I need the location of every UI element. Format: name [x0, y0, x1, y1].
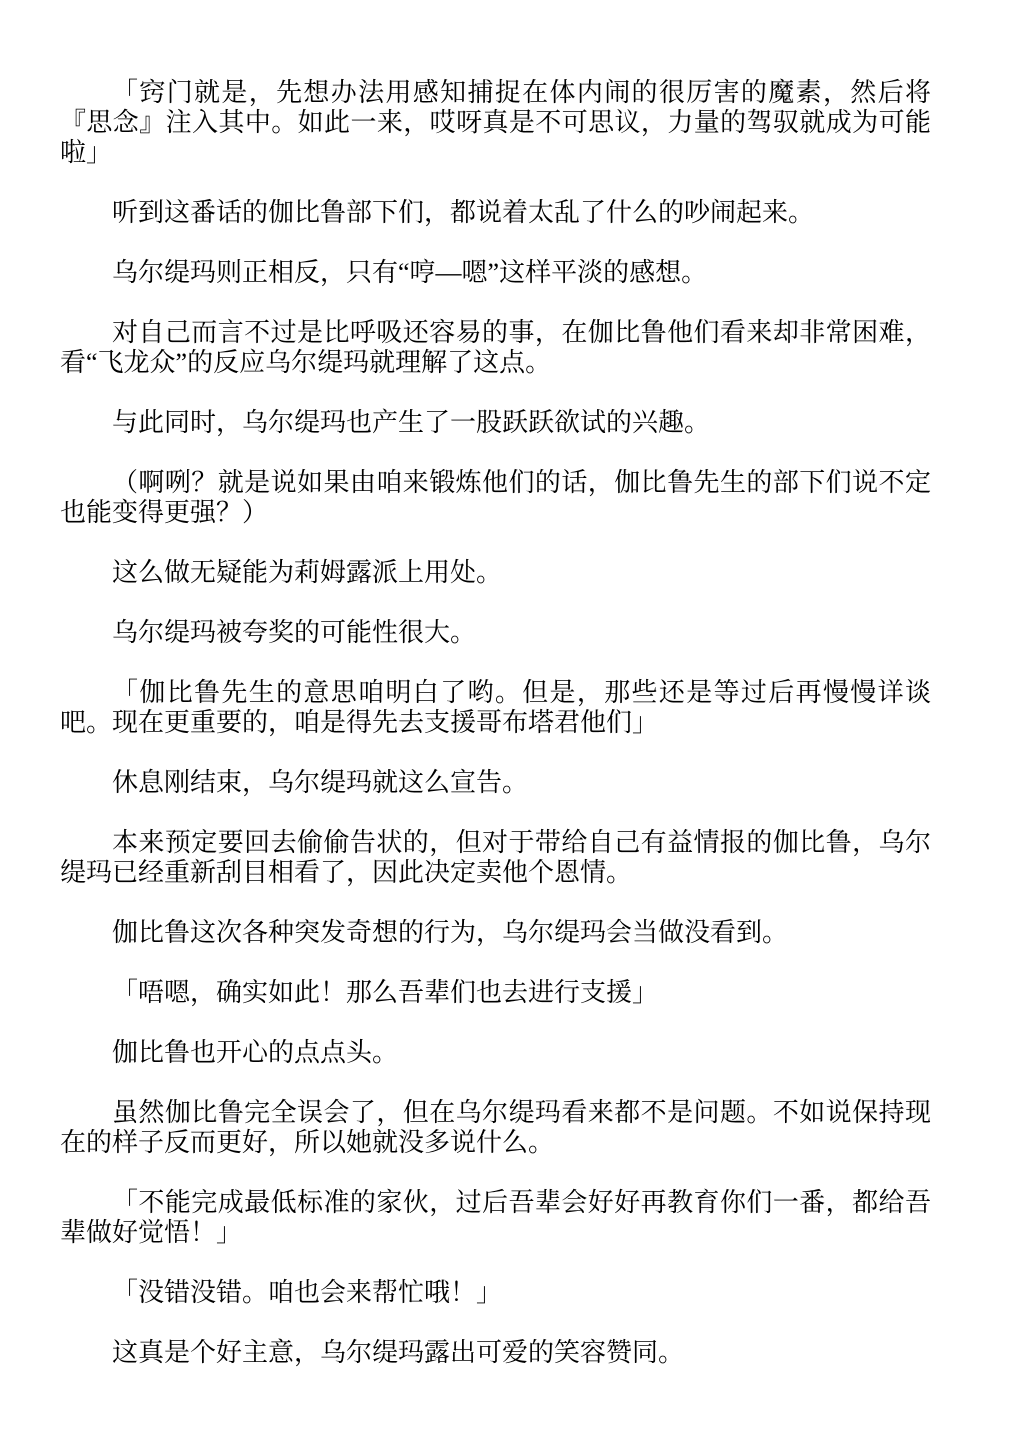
paragraph: 休息刚结束，乌尔缇玛就这么宣告。 [60, 768, 931, 798]
paragraph: 这真是个好主意，乌尔缇玛露出可爱的笑容赞同。 [60, 1338, 931, 1368]
paragraph: 本来预定要回去偷偷告状的，但对于带给自己有益情报的伽比鲁，乌尔缇玛已经重新刮目相… [60, 828, 931, 888]
paragraph: 「不能完成最低标准的家伙，过后吾辈会好好再教育你们一番，都给吾辈做好觉悟！」 [60, 1188, 931, 1248]
paragraph: 「窍门就是，先想办法用感知捕捉在体内闹的很厉害的魔素，然后将『思念』注入其中。如… [60, 78, 931, 168]
paragraph: 「伽比鲁先生的意思咱明白了哟。但是，那些还是等过后再慢慢详谈吧。现在更重要的，咱… [60, 678, 931, 738]
paragraph: （啊咧？就是说如果由咱来锻炼他们的话，伽比鲁先生的部下们说不定也能变得更强？） [60, 468, 931, 528]
paragraph: 虽然伽比鲁完全误会了，但在乌尔缇玛看来都不是问题。不如说保持现在的样子反而更好，… [60, 1098, 931, 1158]
paragraph: 「没错没错。咱也会来帮忙哦！」 [60, 1278, 931, 1308]
paragraph: 对自己而言不过是比呼吸还容易的事，在伽比鲁他们看来却非常困难，看“飞龙众”的反应… [60, 318, 931, 378]
paragraph: 与此同时，乌尔缇玛也产生了一股跃跃欲试的兴趣。 [60, 408, 931, 438]
paragraph: 听到这番话的伽比鲁部下们，都说着太乱了什么的吵闹起来。 [60, 198, 931, 228]
paragraph: 伽比鲁也开心的点点头。 [60, 1038, 931, 1068]
paragraph: 这么做无疑能为莉姆露派上用处。 [60, 558, 931, 588]
paragraph: 乌尔缇玛被夸奖的可能性很大。 [60, 618, 931, 648]
document-page: 「窍门就是，先想办法用感知捕捉在体内闹的很厉害的魔素，然后将『思念』注入其中。如… [0, 0, 1017, 1437]
paragraph: 「唔嗯，确实如此！那么吾辈们也去进行支援」 [60, 978, 931, 1008]
paragraph: 伽比鲁这次各种突发奇想的行为，乌尔缇玛会当做没看到。 [60, 918, 931, 948]
paragraph: 乌尔缇玛则正相反，只有“哼—嗯”这样平淡的感想。 [60, 258, 931, 288]
